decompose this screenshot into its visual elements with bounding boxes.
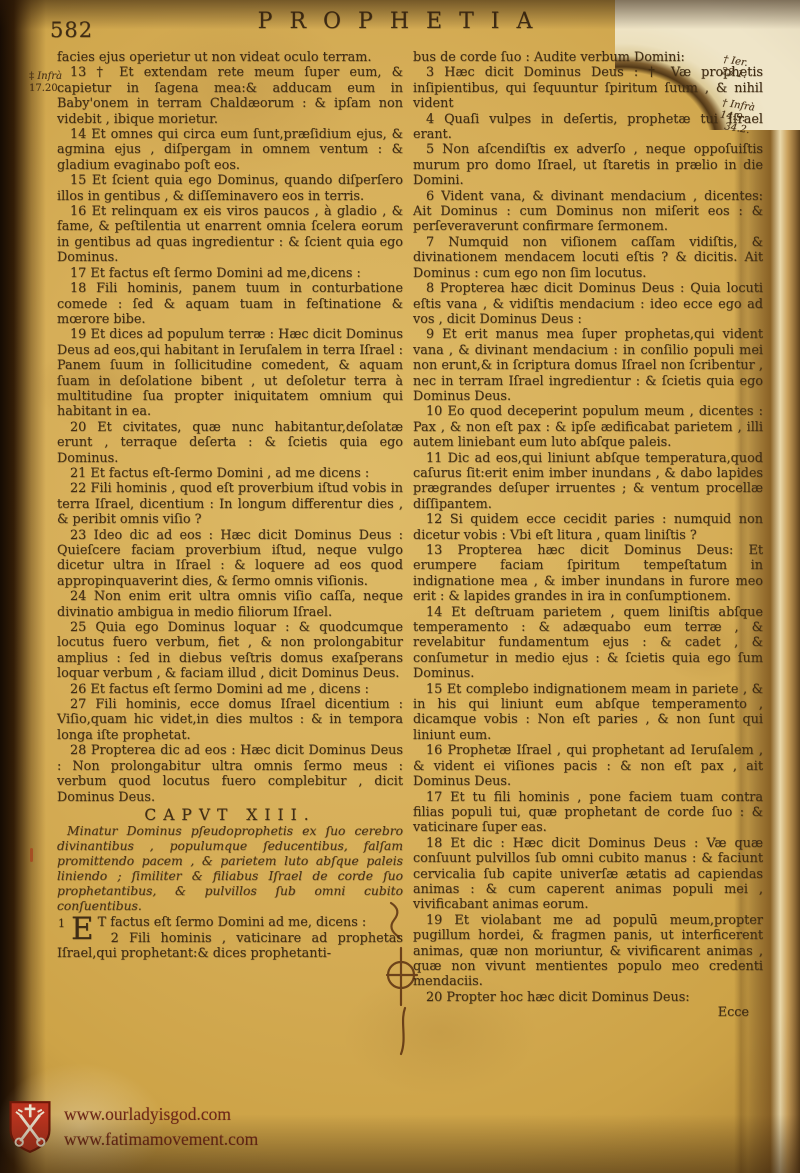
verse-paragraph: 19 Et violabant me ad populū meum,propte… [413, 913, 763, 990]
verse-1-paragraph: 1 E T factus eſt ſermo Domini ad me, dic… [71, 915, 403, 930]
verse-paragraph: 13 † Et extendam rete meum ſuper eum, & … [57, 65, 403, 127]
drop-cap: E [71, 915, 98, 942]
watermark-url-2: www.fatimamovement.com [64, 1127, 258, 1152]
verse-paragraph: 24 Non enim erit ultra omnis viſio caſſa… [57, 589, 403, 620]
watermark-urls: www.ourladyisgod.com www.fatimamovement.… [64, 1102, 258, 1152]
verse-paragraph: 22 Fili hominis , quod eſt proverbium iſ… [57, 481, 403, 527]
verse-paragraph: 2 Fili hominis , vaticinare ad prophetas… [57, 931, 403, 962]
verse-paragraph: 6 Vident vana, & divinant mendacium , di… [413, 189, 763, 235]
left-text-column: facies ejus operietur ut non videat ocul… [57, 50, 403, 962]
watermark: www.ourladyisgod.com www.fatimamovement.… [8, 1100, 258, 1154]
verse-paragraph: 13 Propterea hæc dicit Dominus Deus: Et … [413, 543, 763, 605]
verse-paragraph: 20 Et civitates, quæ nunc habitantur,deſ… [57, 420, 403, 466]
verse-paragraph: 21 Et factus eſt-ſermo Domini , ad me di… [57, 466, 403, 481]
catchword: Ecce [413, 1005, 763, 1020]
verse-paragraph: 26 Et factus eſt ſermo Domini ad me , di… [57, 682, 403, 697]
chapter-argument: Minatur Dominus pſeudoprophetis ex ſuo c… [57, 824, 403, 914]
verse-paragraph: 3 Hæc dicit Dominus Deus : † Væ propheti… [413, 65, 763, 111]
right-text-column: bus de corde ſuo : Audite verbum Domini:… [413, 50, 763, 1021]
verse-paragraph: 28 Propterea dic ad eos : Hæc dicit Domi… [57, 743, 403, 805]
verse-paragraph: 15 Et ſcient quia ego Dominus, quando di… [57, 173, 403, 204]
verse-paragraph: 15 Et complebo indignationem meam in par… [413, 682, 763, 744]
verse-paragraph: 18 Fili hominis, panem tuum in conturbat… [57, 281, 403, 327]
verse-paragraph: 7 Numquid non viſionem caſſam vidiſtis, … [413, 235, 763, 281]
verse-paragraph: 27 Fili hominis, ecce domus Iſrael dicen… [57, 697, 403, 743]
right-verse-list: bus de corde ſuo : Audite verbum Domini:… [413, 50, 763, 1005]
verse-text: T factus eſt ſermo Domini ad me, dicens … [98, 915, 367, 930]
verse-paragraph: 14 Et omnes qui circa eum ſunt,præſidium… [57, 127, 403, 173]
chapter-heading: CAPVT XIII. [57, 808, 403, 823]
binding-shadow [0, 0, 46, 1173]
left-verse-list: facies ejus operietur ut non videat ocul… [57, 50, 403, 805]
verse-paragraph: 25 Quia ego Dominus loquar : & quodcumqu… [57, 620, 403, 682]
verse-paragraph: 17 Et factus eſt ſermo Domini ad me,dice… [57, 266, 403, 281]
papal-keys-shield-icon [8, 1100, 52, 1154]
verse-paragraph: 16 Et relinquam ex eis viros paucos , à … [57, 204, 403, 266]
verse-paragraph: 5 Non aſcendiſtis ex adverſo , neque opp… [413, 142, 763, 188]
verse-paragraph: 12 Si quidem ecce cecidit paries : numqu… [413, 512, 763, 543]
page-number: 582 [50, 18, 93, 42]
verse-number: 1 [58, 916, 65, 931]
watermark-url-1: www.ourladyisgod.com [64, 1102, 258, 1127]
verse-paragraph: 14 Et deſtruam parietem , quem liniſtis … [413, 605, 763, 682]
red-margin-mark [30, 848, 33, 862]
verse-paragraph: bus de corde ſuo : Audite verbum Domini: [413, 50, 763, 65]
verse-paragraph: 17 Et tu fili hominis , pone faciem tuam… [413, 790, 763, 836]
verse-paragraph: 19 Et dices ad populum terræ : Hæc dicit… [57, 327, 403, 419]
cross-reference-icon: ‡ [29, 71, 34, 82]
verse-paragraph: 18 Et dic : Hæc dicit Dominus Deus : Væ … [413, 836, 763, 913]
verse-paragraph: 10 Eo quod deceperint populum meum , dic… [413, 404, 763, 450]
verse-paragraph: 8 Propterea hæc dicit Dominus Deus : Qui… [413, 281, 763, 327]
verse-paragraph: 20 Propter hoc hæc dicit Dominus Deus: [413, 990, 763, 1005]
verse-paragraph: 11 Dic ad eos,qui liniunt abſque tempera… [413, 451, 763, 513]
verse-paragraph: 9 Et erit manus mea ſuper prophetas,qui … [413, 327, 763, 404]
verse-paragraph: 16 Prophetæ Iſrael , qui prophetant ad I… [413, 743, 763, 789]
book-page-scan: 582 PROPHETIA ‡ Infrà 17.20. † Ier. 23 1… [0, 0, 800, 1173]
verse-paragraph: facies ejus operietur ut non videat ocul… [57, 50, 403, 65]
verse-paragraph: 4 Quaſi vulpes in deſertis, prophetæ tui… [413, 112, 763, 143]
running-header-title: PROPHETIA [140, 9, 650, 34]
verse-paragraph: 23 Ideo dic ad eos : Hæc dicit Dominus D… [57, 528, 403, 590]
